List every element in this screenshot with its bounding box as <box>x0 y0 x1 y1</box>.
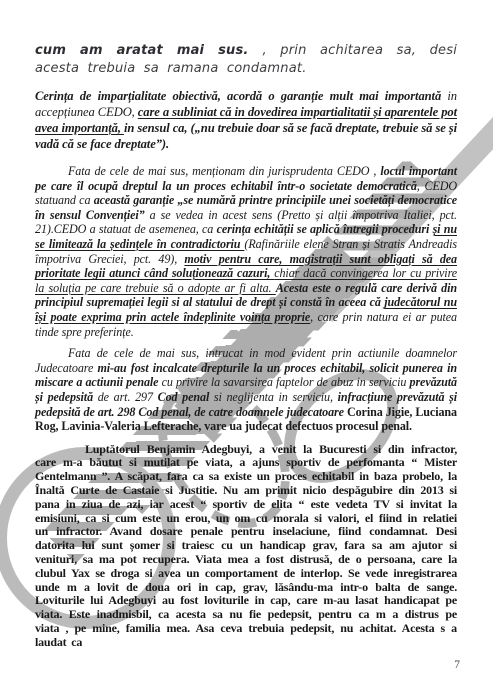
text-run: Cerința de imparțialitate obiectivă, aco… <box>35 89 447 103</box>
text-run: Fata de cele de mai sus, menționam din j… <box>68 164 380 178</box>
paragraph: Fata de cele de mai sus, menționam din j… <box>35 164 457 339</box>
page-number: 7 <box>454 659 460 671</box>
text-run: si neglijenta in serviciu, <box>214 390 338 404</box>
text-run: cerința echității se aplică întregii pro… <box>217 222 433 236</box>
text-run: cum am aratat mai sus. <box>35 43 262 58</box>
document-body: cum am aratat mai sus. , prin achitarea … <box>35 42 457 650</box>
text-run: Luptătorul Benjamin Adegbuyi, a venit la… <box>35 442 457 649</box>
text-run: de art. 297 <box>98 390 158 404</box>
paragraph: cum am aratat mai sus. , prin achitarea … <box>35 42 457 78</box>
scanned-document-page: cum am aratat mai sus. , prin achitarea … <box>0 0 493 700</box>
paragraph: Luptătorul Benjamin Adegbuyi, a venit la… <box>35 443 457 650</box>
text-run: Cod penal <box>158 390 214 404</box>
text-run: cu privire la savarsirea faptelor de abu… <box>162 375 410 389</box>
paragraph: Fata de cele de mai sus, intrucat in mod… <box>35 346 457 434</box>
paragraph: Cerința de imparțialitate obiectivă, aco… <box>35 88 457 152</box>
